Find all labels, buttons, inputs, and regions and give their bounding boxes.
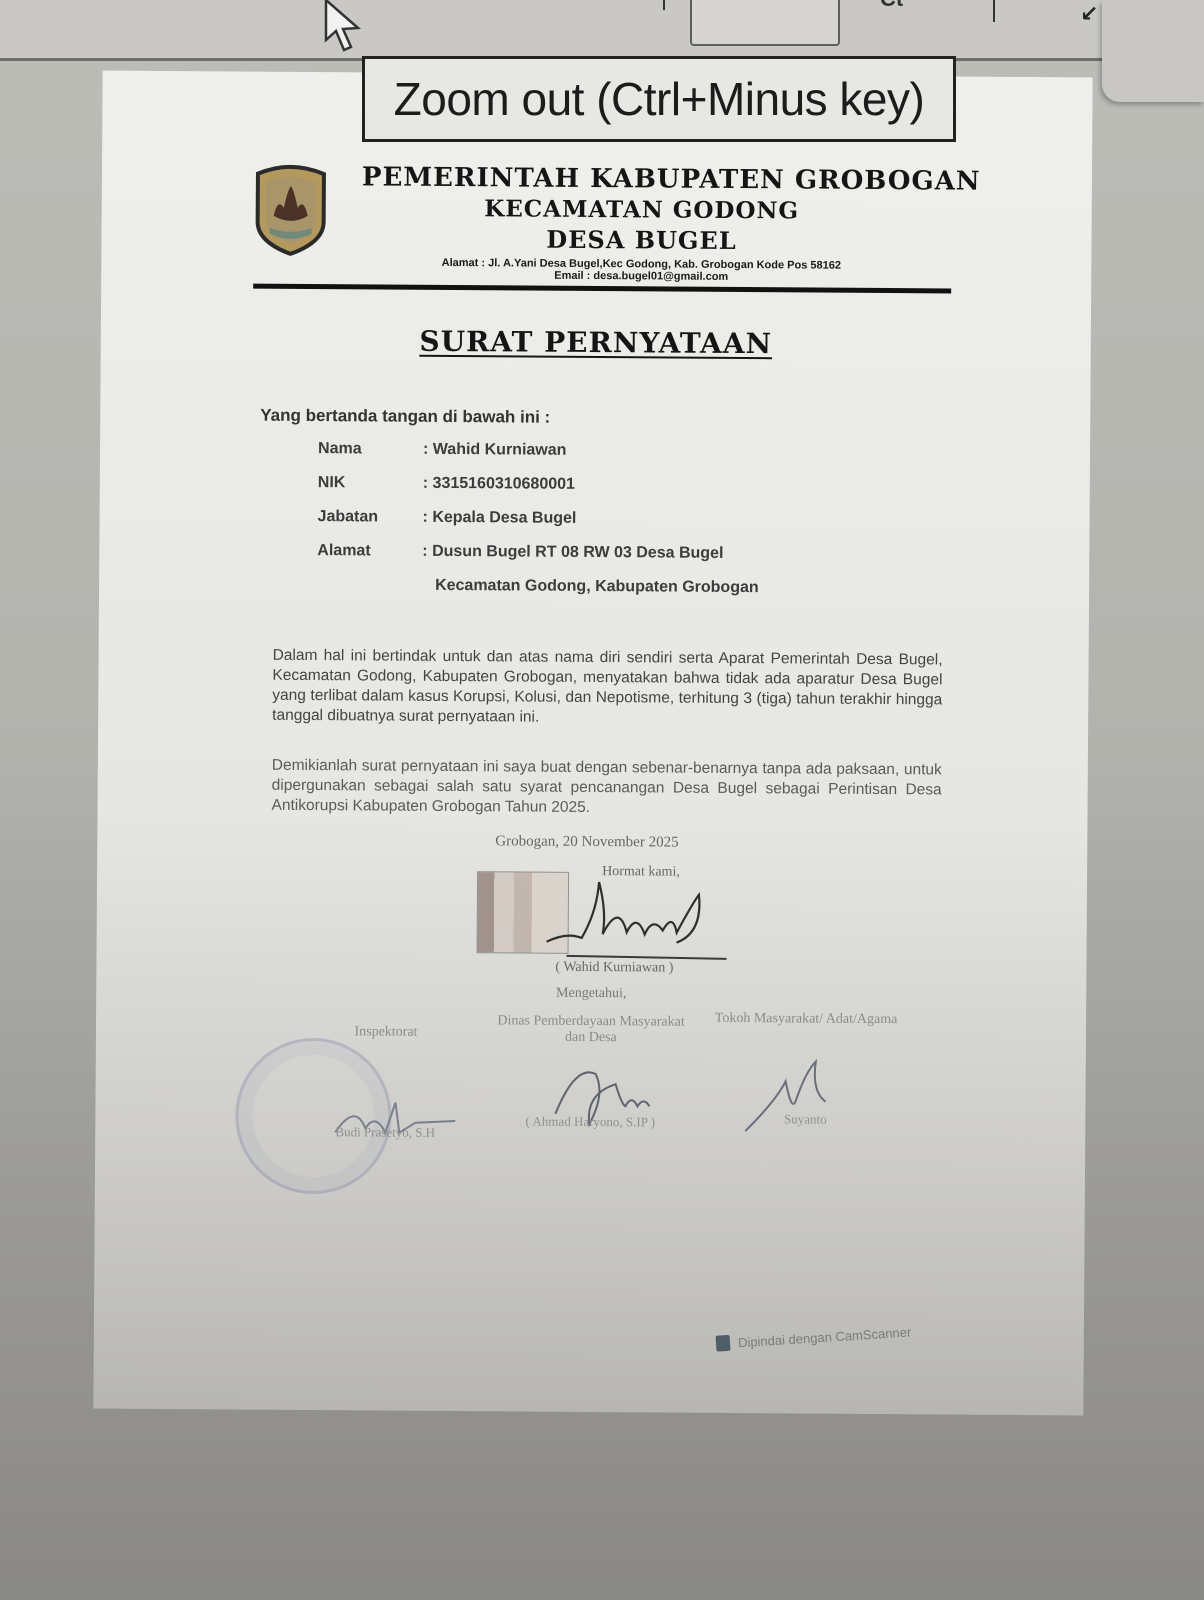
statement-paragraph: Dalam hal ini bertindak untuk dan atas n… (272, 646, 943, 731)
identity-fields: Nama : Wahid Kurniawan NIK : 33151603106… (317, 440, 318, 610)
toolbar-divider (663, 0, 665, 10)
acknowledged-label: Mengetahui, (96, 983, 1086, 1006)
approver-role: Dinas Pemberdayaan Masyarakat dan Desa (491, 1013, 691, 1046)
main-signature-block: Hormat kami, ( Wahid Kurniawan ) (476, 863, 727, 975)
approver-community-leader: Tokoh Masyarakat/ Adat/Agama Suyanto (706, 1011, 906, 1028)
approver-role: Inspektorat (316, 1024, 456, 1041)
signature-scribble-icon (526, 872, 727, 963)
signer-name: ( Wahid Kurniawan ) (555, 960, 673, 977)
approver-name: Suyanto (705, 1111, 905, 1128)
approver-role: Tokoh Masyarakat/ Adat/Agama (706, 1011, 906, 1028)
place-date: Grobogan, 20 November 2025 (495, 833, 678, 851)
toolbar-label-partial: Ct (880, 0, 903, 12)
mouse-cursor-icon (322, 0, 370, 56)
app-toolbar: Ct ↙ (0, 0, 1204, 61)
camscanner-icon (716, 1335, 731, 1352)
closing-paragraph: Demikianlah surat pernyataan ini saya bu… (271, 756, 941, 821)
document-page: PEMERINTAH KABUPATEN GROBOGAN KECAMATAN … (93, 71, 1092, 1416)
scanner-watermark: Dipindai dengan CamScanner (716, 1323, 912, 1351)
field-value: : 3315160310680001 (423, 475, 575, 494)
approver-signature-icon (325, 1082, 465, 1153)
field-value: Kecamatan Godong, Kabupaten Grobogan (435, 577, 759, 597)
approver-name: ( Ahmad Haryono, S.IP ) (490, 1113, 690, 1130)
letterhead-district: KECAMATAN GODONG (362, 194, 922, 225)
field-label: NIK (318, 474, 418, 493)
field-label: Alamat (317, 542, 417, 561)
approver-dpmd: Dinas Pemberdayaan Masyarakat dan Desa (… (491, 1013, 691, 1046)
intro-text: Yang bertanda tangan di bawah ini : (260, 406, 550, 428)
scanner-note: Dipindai dengan CamScanner (738, 1324, 912, 1350)
letterhead-village: DESA BUGEL (361, 223, 921, 256)
collapse-arrow-icon[interactable]: ↙ (1080, 2, 1098, 27)
side-panel (1102, 0, 1204, 102)
zoom-out-tooltip: Zoom out (Ctrl+Minus key) (362, 56, 956, 142)
field-value: : Kepala Desa Bugel (423, 509, 577, 528)
regency-emblem-icon (251, 164, 330, 257)
field-value: : Wahid Kurniawan (423, 441, 567, 460)
field-label: Jabatan (318, 508, 418, 527)
field-label (317, 576, 417, 577)
approver-name: Budi Prasetyo, S.H (315, 1124, 455, 1141)
toolbar-divider (993, 0, 995, 22)
zoom-out-button[interactable] (690, 0, 840, 46)
document-title: SURAT PERNYATAAN (101, 323, 1091, 363)
letterhead: PEMERINTAH KABUPATEN GROBOGAN KECAMATAN … (251, 152, 972, 297)
letterhead-regency: PEMERINTAH KABUPATEN GROBOGAN (362, 162, 922, 196)
field-label: Nama (318, 440, 418, 459)
approver-inspektorat: Inspektorat Budi Prasetyo, S.H (316, 1024, 456, 1041)
field-value: : Dusun Bugel RT 08 RW 03 Desa Bugel (422, 543, 723, 563)
